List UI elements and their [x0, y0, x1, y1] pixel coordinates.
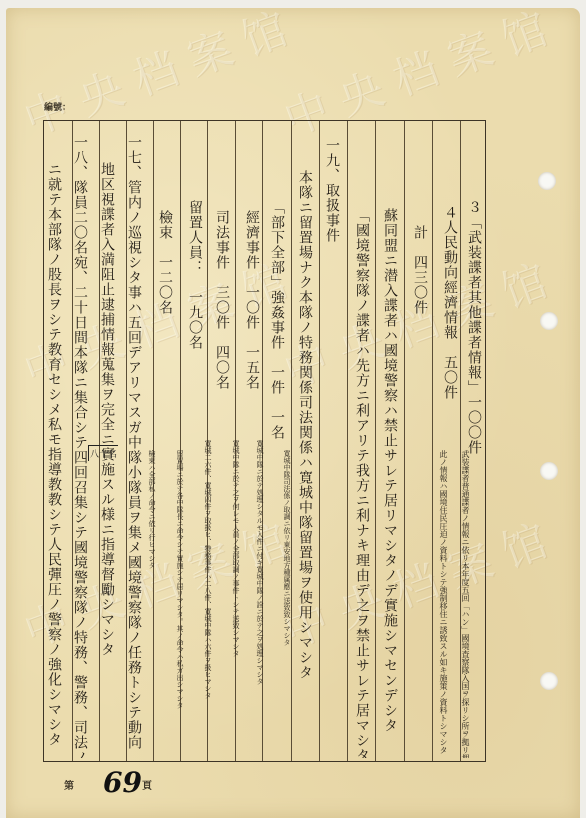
note-people-economy-reports: 此ノ情報ハ國境住民圧迫ノ資料トシテ強制移住ニ誘致スル如キ施策ノ資料トシマシタ — [439, 450, 448, 754]
column-divider — [432, 121, 433, 761]
page-prefix: 第 — [64, 777, 74, 792]
note-economic-cases: 寛城中隊ニ於テ之ヲ何レモ人員ノ全部取調ノ事件トシテ送致シマシタ — [232, 440, 240, 657]
binding-hole — [540, 672, 558, 690]
line-economic-cases: 經濟事件 一〇件 一五名 — [243, 210, 261, 390]
column-divider — [404, 121, 405, 761]
binding-hole — [538, 172, 556, 190]
section-18-training: 一八、隊員二〇名宛、二十日間本隊ニ集合シテ四回召集シテ國境警察隊ノ特務、警務、司… — [71, 135, 89, 758]
page-suffix: 頁 — [142, 777, 152, 792]
note-judicial-cases: 寛城二六件、寛城四件ヲ取扱ヒ、特務事件ハ二八件、寛城中隊ハ六件ヲ扱ヒマシタ — [204, 440, 212, 699]
column-divider — [347, 121, 348, 761]
line-judicial-cases: 司法事件 三〇件 四〇名 — [213, 210, 231, 390]
section-17-patrols: 一七、管内ノ巡視シタ事ハ五回デアリマスガ中隊小隊員ヲ集メ國境警察隊ノ任務トシテ動… — [125, 135, 143, 750]
note-armed-spy-reports: 武装諜者普通諜者ノ情報ニ依リ本年度五回「ハン」國境査察隊入国ヲ探リシ所ヲ拠リ押收… — [461, 450, 470, 758]
line-detention-facility: 本隊ニ留置場ナク本隊ノ特務関係司法関係ハ寛城中隊留置場ヲ使用シマシタ — [296, 170, 314, 680]
line-detained-persons: 留置人員： 一九〇名 — [186, 200, 204, 350]
section-19-handled-cases: 一九、取扱事件 — [323, 138, 341, 243]
line-armed-spy-reports: ３「武装諜者其他諜者情報」一〇〇件 — [465, 200, 483, 455]
line-custody: 檢束 一二〇名 — [156, 210, 174, 315]
binding-hole — [540, 462, 558, 480]
note-assault-case: 寛城中隊ニ於テ処理シタルモ入件ニ付キ寛城中隊ノ詮ニ於テ之ヲ処理シマシタ — [256, 440, 264, 685]
line-assault-case: 「部下全部」強姦事件 一件 一名 — [268, 200, 286, 440]
line-total: 計 四三〇件 — [411, 225, 429, 315]
margin-annotation: 八十名 — [88, 445, 118, 461]
note-detention-facility: 寛城中隊司法係ノ取調ニ依リ東安地方種属應ニ送致致シマシタ — [283, 450, 291, 646]
line-people-economy-reports: ４人民動向經濟情報 五〇件 — [441, 205, 459, 400]
line-spy-prevention: 地区視諜者入満阻止逮捕情報蒐集ヲ完全ニ實施スル様ニ指導督勵シマシタ — [98, 162, 116, 657]
binding-hole — [540, 312, 558, 330]
note-detained-persons: 留置場ニ於テ各中隊長ニ命令シテ實施シテ居リマシタ。其ノ命令ハ私ガ出シマシタ — [176, 450, 184, 709]
column-divider — [319, 121, 320, 761]
note-custody: 檢束ハ全部私ノ命令ニ依リ行ヒマシタ — [148, 450, 156, 569]
line-education-suppression: ニ就テ本部隊ノ股長ヲシテ教育セシメ私モ指導教教シテ人民彈圧ノ警察ノ強化シマシタ — [45, 162, 63, 747]
document-number-label: 編號： — [44, 100, 71, 113]
line-border-police-spies: 「國境警察隊ノ諜者ハ先方ニ利アリテ我方ニ利ナキ理由デ之ヲ禁止サレテ居マシタ」 — [353, 208, 371, 758]
page-number: 69 — [103, 766, 142, 799]
line-soviet-infiltration: 蘇同盟ニ潜入諜者ハ國境警察ハ禁止サレテ居リマシタノデ實施シマセンデシタ — [381, 208, 399, 733]
column-divider — [153, 121, 154, 761]
column-divider — [375, 121, 376, 761]
column-divider — [291, 121, 292, 761]
